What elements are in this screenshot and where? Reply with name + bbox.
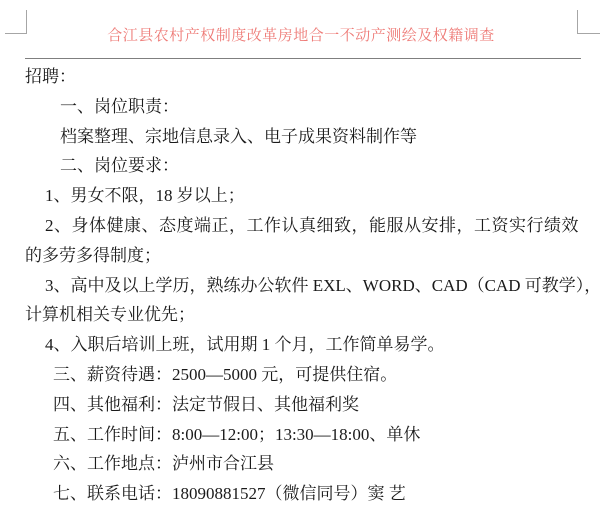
paragraph-requirement-4: 4、入职后培训上班，试用期 1 个月，工作简单易学。 <box>45 330 585 360</box>
title-divider-line <box>25 58 581 59</box>
document-page: 合江县农村产权制度改革房地合一不动产测绘及权籍调查 招聘： 一、岗位职责： 档案… <box>0 0 602 506</box>
paragraph-salary: 三、薪资待遇：2500—5000 元，可提供住宿。 <box>53 360 585 390</box>
paragraph-requirement-3-cont: 计算机相关专业优先； <box>25 300 585 330</box>
document-body: 招聘： 一、岗位职责： 档案整理、宗地信息录入、电子成果资料制作等 二、岗位要求… <box>25 62 585 506</box>
paragraph-requirement-1: 1、男女不限，18 岁以上； <box>45 181 585 211</box>
paragraph-benefits: 四、其他福利：法定节假日、其他福利奖 <box>53 390 585 420</box>
paragraph-work-hours: 五、工作时间：8:00—12:00；13:30—18:00、单休 <box>53 420 585 450</box>
paragraph-recruit-heading: 招聘： <box>25 62 585 92</box>
paragraph-requirement-2-cont: 的多劳多得制度； <box>25 241 585 271</box>
paragraph-section-2-heading: 二、岗位要求： <box>60 151 585 181</box>
document-title: 合江县农村产权制度改革房地合一不动产测绘及权籍调查 <box>0 26 602 46</box>
paragraph-section-1-heading: 一、岗位职责： <box>60 92 585 122</box>
paragraph-duties: 档案整理、宗地信息录入、电子成果资料制作等 <box>60 122 585 152</box>
paragraph-work-location: 六、工作地点：泸州市合江县 <box>53 449 585 479</box>
paragraph-contact-phone: 七、联系电话：18090881527（微信同号）窦 艺 <box>53 479 585 506</box>
paragraph-requirement-3: 3、高中及以上学历，熟练办公软件 EXL、WORD、CAD（CAD 可教学）， <box>45 271 585 301</box>
paragraph-requirement-2: 2、身体健康、态度端正，工作认真细致，能服从安排，工资实行绩效 <box>45 211 585 241</box>
